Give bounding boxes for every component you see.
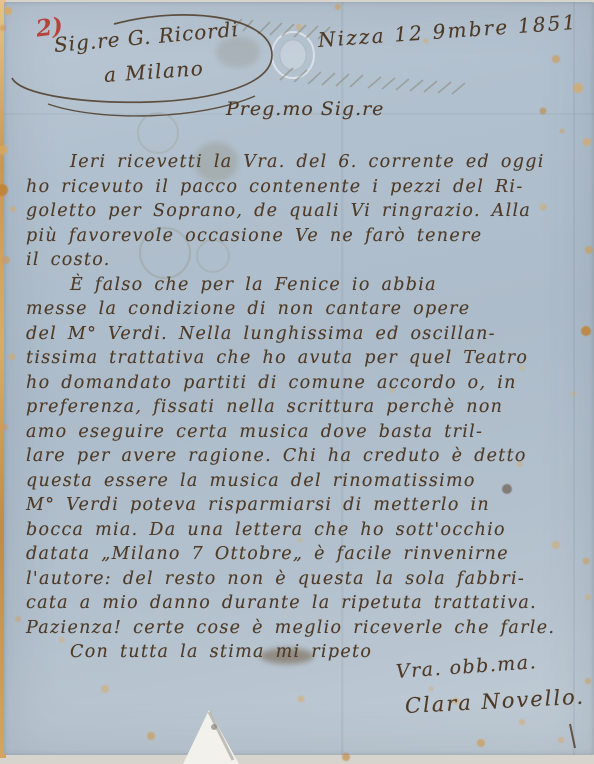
letter-line: del M° Verdi. Nella lunghissima ed oscil…: [26, 322, 582, 347]
letter-line: lare per avere ragione. Chi ha creduto è…: [26, 444, 582, 469]
paragraph: Ieri ricevetti la Vra. del 6. corrente e…: [26, 150, 582, 273]
letter-line: questa essere la musica del rinomatissim…: [26, 469, 582, 494]
letter-line: l'autore: del resto non è questa la sola…: [26, 567, 582, 592]
letter-line: È falso che per la Fenice io abbia: [26, 273, 582, 298]
letter-line: tissima trattativa che ho avuta per quel…: [26, 346, 582, 371]
letter-line: preferenza, fissati nella scrittura perc…: [26, 395, 582, 420]
letter-line: cata a mio danno durante la ripetuta tra…: [26, 591, 582, 616]
scanned-letter-page: { "letter": { "archival_number": "2)", "…: [0, 0, 594, 764]
letter-line: M° Verdi poteva risparmiarsi di metterlo…: [26, 493, 582, 518]
salutation: Preg.mo Sig.re: [226, 98, 384, 120]
paragraph: È falso che per la Fenice io abbiamesse …: [26, 273, 582, 641]
letter-line: Ieri ricevetti la Vra. del 6. corrente e…: [26, 150, 582, 175]
letter-line: datata „Milano 7 Ottobre„ è facile rinve…: [26, 542, 582, 567]
letter-line: goletto per Soprano, de quali Vi ringraz…: [26, 199, 582, 224]
letter-line: più favorevole occasione Ve ne farò tene…: [26, 224, 582, 249]
letter-body: Ieri ricevetti la Vra. del 6. corrente e…: [26, 150, 582, 665]
letter-line: Pazienza! certe cose è meglio riceverle …: [26, 616, 582, 641]
letter-line: messe la condizione di non cantare opere: [26, 297, 582, 322]
letter-line: il costo.: [26, 248, 582, 273]
letter-line: ho ricevuto il pacco contenente i pezzi …: [26, 175, 582, 200]
letter-line: ho domandato partiti di comune accordo o…: [26, 371, 582, 396]
letter-line: amo eseguire certa musica dove basta tri…: [26, 420, 582, 445]
letter-line: bocca mia. Da una lettera che ho sott'oc…: [26, 518, 582, 543]
